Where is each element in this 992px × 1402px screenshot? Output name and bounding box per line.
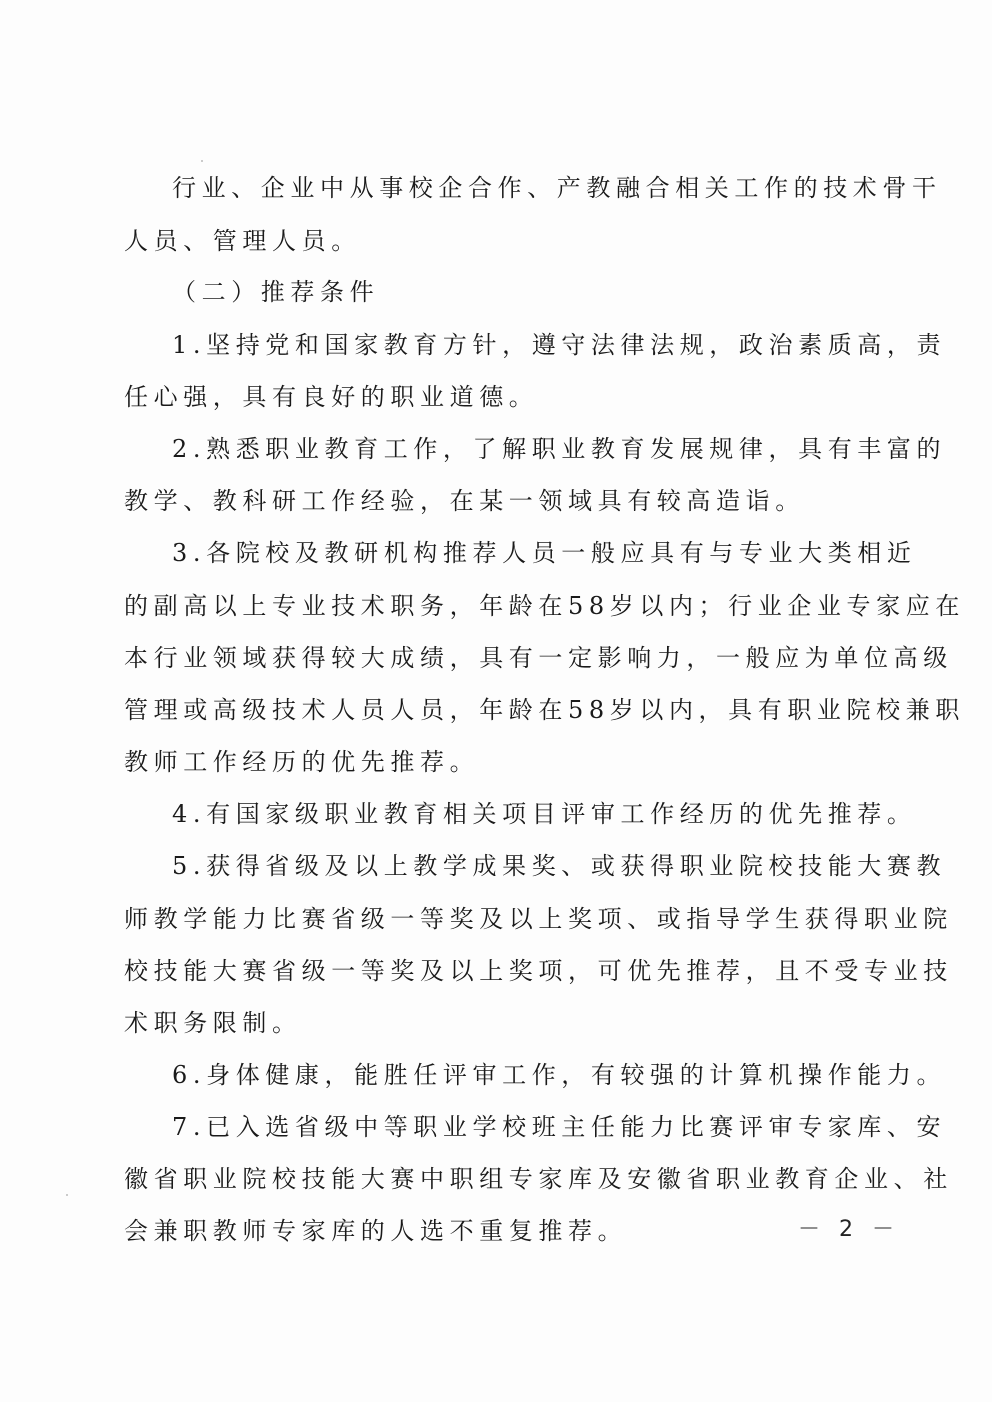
condition-2-line-2: 教学、教科研工作经验，在某一领域具有较高造诣。 xyxy=(124,481,805,521)
paragraph-line-intro: 行业、企业中从事校企合作、产教融合相关工作的技术骨干 xyxy=(172,168,942,208)
paragraph-line-intro-cont: 人员、管理人员。 xyxy=(124,221,361,261)
condition-7-line-2: 徽省职业院校技能大赛中职组专家库及安徽省职业教育企业、社 xyxy=(124,1159,953,1199)
section-heading-recommendation-conditions: （二）推荐条件 xyxy=(172,272,379,312)
condition-7-line-1: 7.已入选省级中等职业学校班主任能力比赛评审专家库、安 xyxy=(172,1107,946,1147)
condition-5-line-2: 师教学能力比赛省级一等奖及以上奖项、或指导学生获得职业院 xyxy=(124,899,953,939)
condition-3-line-1: 3.各院校及教研机构推荐人员一般应具有与专业大类相近 xyxy=(172,533,917,573)
condition-4-line-1: 4.有国家级职业教育相关项目评审工作经历的优先推荐。 xyxy=(172,794,917,834)
condition-3-line-5: 教师工作经历的优先推荐。 xyxy=(124,742,479,782)
condition-3-line-3: 本行业领域获得较大成绩，具有一定影响力，一般应为单位高级 xyxy=(124,638,953,678)
condition-1-line-1: 1.坚持党和国家教育方针，遵守法律法规，政治素质高，责 xyxy=(172,325,946,365)
condition-5-line-3: 校技能大赛省级一等奖及以上奖项，可优先推荐，且不受专业技 xyxy=(124,951,953,991)
condition-3-line-4: 管理或高级技术人员人员，年龄在58岁以内，具有职业院校兼职 xyxy=(124,690,965,730)
scan-speck xyxy=(201,160,203,162)
condition-5-line-1: 5.获得省级及以上教学成果奖、或获得职业院校技能大赛教 xyxy=(172,846,946,886)
condition-5-line-4: 术职务限制。 xyxy=(124,1003,302,1043)
condition-6-line-1: 6.身体健康，能胜任评审工作，有较强的计算机操作能力。 xyxy=(172,1055,946,1095)
document-page: 行业、企业中从事校企合作、产教融合相关工作的技术骨干 人员、管理人员。 （二）推… xyxy=(0,0,992,1402)
condition-2-line-1: 2.熟悉职业教育工作，了解职业教育发展规律，具有丰富的 xyxy=(172,429,946,469)
condition-3-line-2: 的副高以上专业技术职务，年龄在58岁以内；行业企业专家应在 xyxy=(124,586,965,626)
page-number: － 2 － xyxy=(798,1212,900,1243)
condition-7-line-3: 会兼职教师专家库的人选不重复推荐。 xyxy=(124,1211,627,1251)
scan-speck xyxy=(66,1194,68,1196)
condition-1-line-2: 任心强，具有良好的职业道德。 xyxy=(124,377,538,417)
